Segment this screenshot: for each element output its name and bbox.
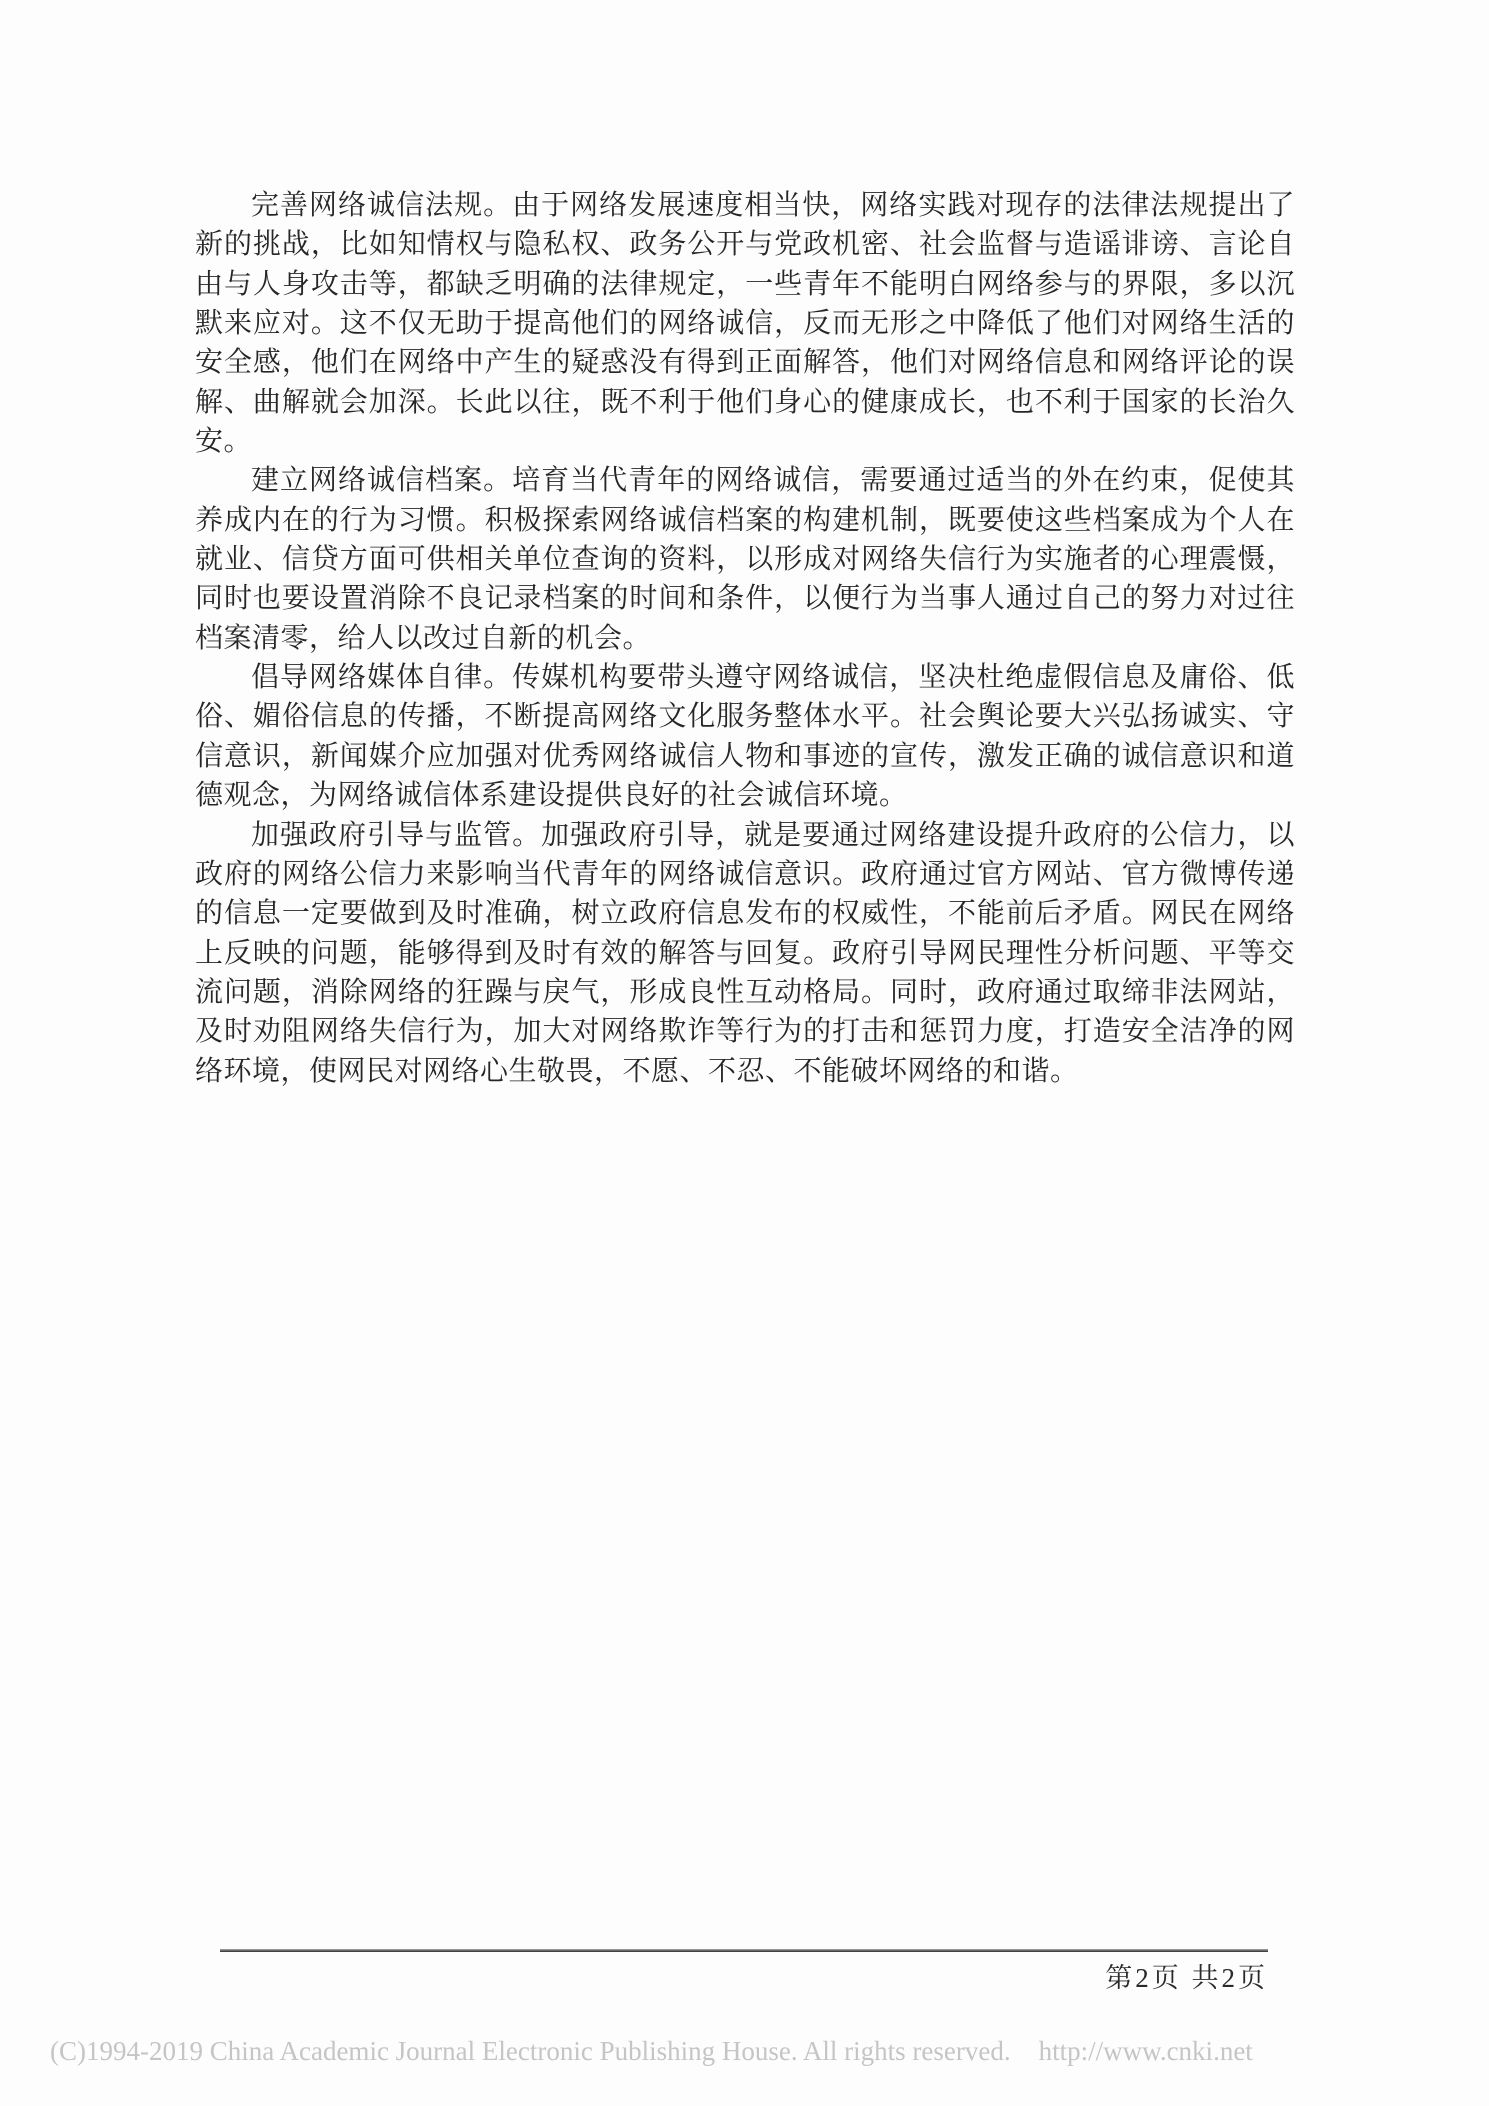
page-number: 第2页 共2页: [220, 1956, 1268, 1995]
document-page: 完善网络诚信法规。由于网络发展速度相当快，网络实践对现存的法律法规提出了新的挑战…: [0, 0, 1489, 2106]
copyright-text: (C)1994-2019 China Academic Journal Elec…: [50, 2036, 1011, 2066]
article-body: 完善网络诚信法规。由于网络发展速度相当快，网络实践对现存的法律法规提出了新的挑战…: [195, 186, 1295, 1091]
paragraph-integrity-archives: 建立网络诚信档案。培育当代青年的网络诚信，需要通过适当的外在约束，促使其养成内在…: [195, 461, 1295, 658]
cnki-url-text: http://www.cnki.net: [1039, 2036, 1253, 2066]
paragraph-media-self-discipline: 倡导网络媒体自律。传媒机构要带头遵守网络诚信，坚决杜绝虚假信息及庸俗、低俗、媚俗…: [195, 658, 1295, 815]
footer-divider: [220, 1949, 1268, 1952]
copyright-bar: (C)1994-2019 China Academic Journal Elec…: [50, 2036, 1450, 2067]
paragraph-perfect-regulations: 完善网络诚信法规。由于网络发展速度相当快，网络实践对现存的法律法规提出了新的挑战…: [195, 186, 1295, 461]
paragraph-government-guidance: 加强政府引导与监管。加强政府引导，就是要通过网络建设提升政府的公信力，以政府的网…: [195, 816, 1295, 1091]
